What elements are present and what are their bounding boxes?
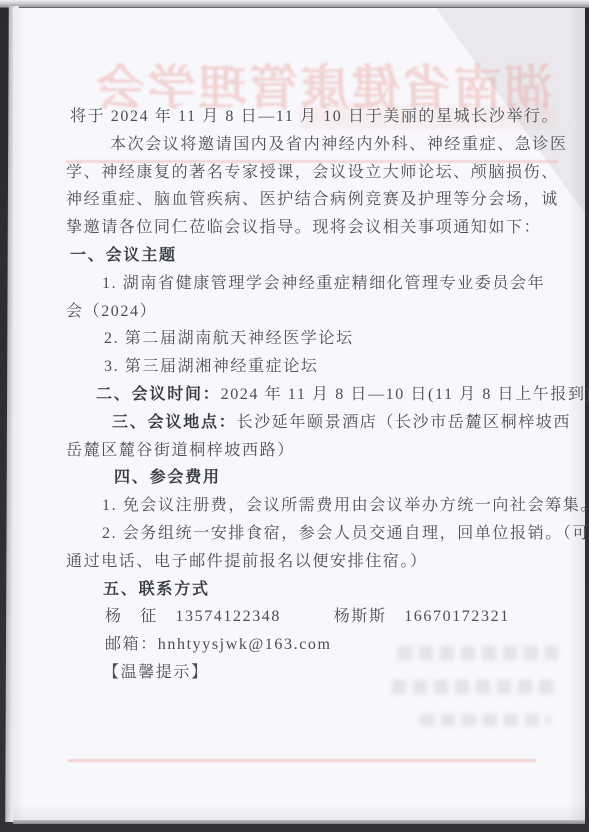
doc-line-10-text: 2024 年 11 月 8 日—10 日(11 月 8 日上午报到): [221, 386, 589, 403]
bleed-through-line-bottom: [68, 759, 536, 762]
doc-line-9: 3. 第三届湖湘神经重症论坛: [104, 353, 560, 381]
doc-line-17-text: 五、联系方式: [103, 581, 210, 598]
doc-line-15: 2. 会务组统一安排食宿，参会人员交通自理，回单位报销。（可: [102, 520, 560, 548]
doc-line-7-text: 会（2024）: [66, 303, 157, 320]
doc-line-20-text: 【温馨提示】: [103, 664, 209, 681]
doc-line-0-text: 将于 2024 年 11 月 8 日—11 月 10 日于美丽的星城长沙举行。: [70, 108, 559, 125]
doc-line-2-text: 学、神经康复的著名专家授课，会议设立大师论坛、颅脑损伤、: [66, 164, 559, 181]
doc-line-19: 邮箱：hnhtyysjwk@163.com: [105, 631, 560, 659]
doc-line-8: 2. 第二届湖南航天神经医学论坛: [104, 325, 560, 353]
scanned-document-page: 湖南省健康管理学会 将于 2024 年 11 月 8 日—11 月 10 日于美…: [0, 0, 589, 832]
doc-line-16-text: 通过电话、电子邮件提前报名以便安排住宿。）: [66, 553, 428, 570]
document-text: 将于 2024 年 11 月 8 日—11 月 10 日于美丽的星城长沙举行。本…: [66, 103, 560, 687]
doc-line-7: 会（2024）: [66, 298, 560, 326]
bleed-through-text-marks: [420, 714, 550, 726]
doc-line-11-label: 三、会议地点：: [112, 414, 237, 431]
doc-line-10: 二、会议时间：2024 年 11 月 8 日—10 日(11 月 8 日上午报到…: [96, 381, 560, 409]
scanner-top-edge: [0, 0, 589, 8]
doc-line-18-text: 杨 征 13574122348 杨斯斯 16670172321: [105, 608, 510, 625]
doc-line-11: 三、会议地点：长沙延年颐景酒店（长沙市岳麓区桐梓坡西: [112, 409, 560, 437]
doc-line-12-text: 岳麓区麓谷街道桐梓坡西路）: [66, 442, 295, 459]
doc-line-4: 挚邀请各位同仁莅临会议指导。现将会议相关事项通知如下：: [66, 214, 560, 242]
doc-line-12: 岳麓区麓谷街道桐梓坡西路）: [66, 437, 560, 465]
doc-line-3-text: 神经重症、脑血管疾病、医护结合病例竞赛及护理等分会场，诚: [66, 191, 559, 208]
doc-line-2: 学、神经康复的著名专家授课，会议设立大师论坛、颅脑损伤、: [66, 159, 560, 187]
doc-line-16: 通过电话、电子邮件提前报名以便安排住宿。）: [66, 548, 560, 576]
doc-line-1-text: 本次会议将邀请国内及省内神经内外科、神经重症、急诊医: [110, 136, 568, 153]
doc-line-0: 将于 2024 年 11 月 8 日—11 月 10 日于美丽的星城长沙举行。: [70, 103, 560, 131]
doc-line-3: 神经重症、脑血管疾病、医护结合病例竞赛及护理等分会场，诚: [66, 186, 560, 214]
doc-line-18: 杨 征 13574122348 杨斯斯 16670172321: [105, 603, 560, 631]
doc-line-5-text: 一、会议主题: [70, 247, 177, 264]
doc-line-17: 五、联系方式: [103, 576, 560, 604]
doc-line-10-label: 二、会议时间：: [96, 386, 221, 403]
doc-line-11-text: 长沙延年颐景酒店（长沙市岳麓区桐梓坡西: [237, 414, 571, 431]
doc-line-19-text: 邮箱：hnhtyysjwk@163.com: [105, 636, 332, 653]
doc-line-4-text: 挚邀请各位同仁莅临会议指导。现将会议相关事项通知如下：: [66, 219, 541, 236]
doc-line-15-text: 2. 会务组统一安排食宿，参会人员交通自理，回单位报销。（可: [102, 525, 589, 542]
doc-line-1: 本次会议将邀请国内及省内神经内外科、神经重症、急诊医: [110, 131, 560, 159]
doc-line-6-text: 1. 湖南省健康管理学会神经重症精细化管理专业委员会年: [102, 275, 545, 292]
doc-line-9-text: 3. 第三届湖湘神经重症论坛: [104, 358, 318, 375]
doc-line-8-text: 2. 第二届湖南航天神经医学论坛: [104, 330, 354, 347]
doc-line-20: 【温馨提示】: [103, 659, 560, 687]
doc-line-14: 1. 免会议注册费，会议所需费用由会议举办方统一向社会筹集。: [102, 492, 560, 520]
doc-line-13-text: 四、参会费用: [114, 469, 221, 486]
doc-line-5: 一、会议主题: [70, 242, 560, 270]
paper-bottom-edge: [13, 820, 585, 824]
doc-line-13: 四、参会费用: [114, 464, 560, 492]
doc-line-14-text: 1. 免会议注册费，会议所需费用由会议举办方统一向社会筹集。: [102, 497, 589, 514]
doc-line-6: 1. 湖南省健康管理学会神经重症精细化管理专业委员会年: [102, 270, 560, 298]
